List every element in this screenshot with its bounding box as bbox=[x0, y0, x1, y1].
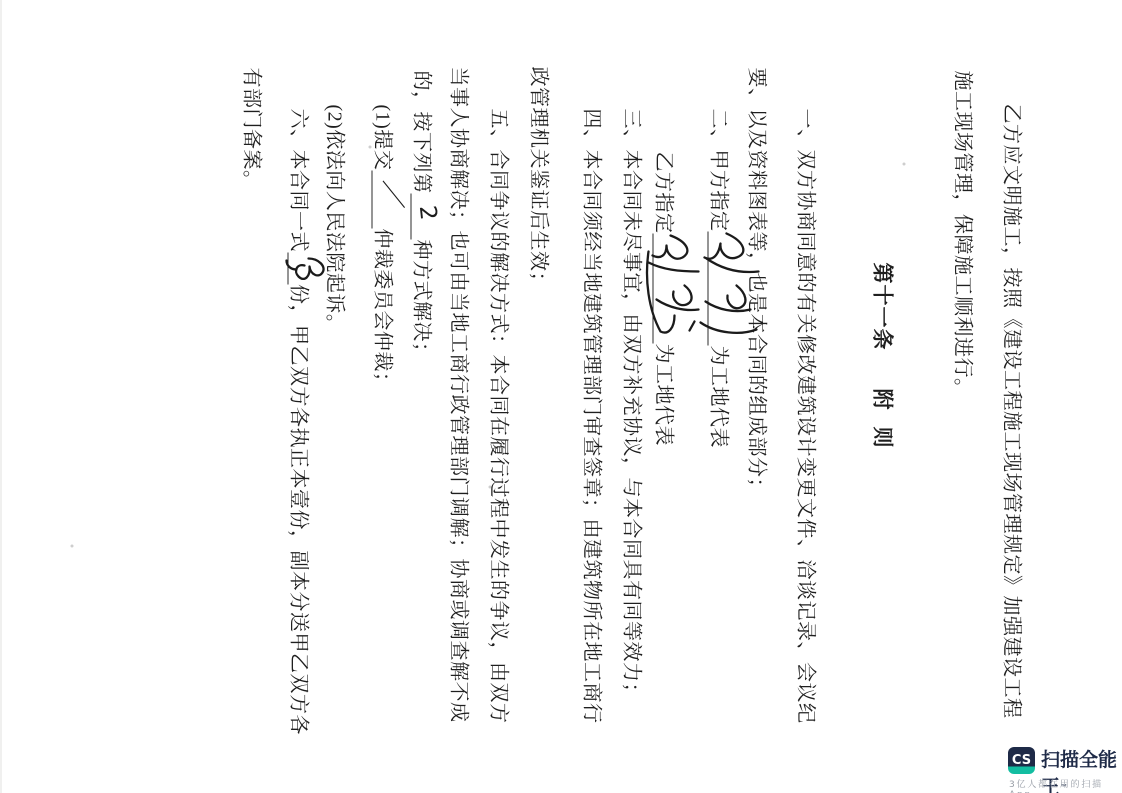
line-text: 三、本合同未尽事宜，由双方补充协议，与本合同具有同等效力； bbox=[621, 109, 643, 704]
line-text: (2)依法向人民法院起诉。 bbox=[324, 105, 346, 335]
arbitration-committee-blank: ／ bbox=[372, 170, 394, 228]
item-5-option-1: (1)提交／仲裁委员会仲裁； bbox=[370, 105, 394, 393]
line-text: 乙方指定 bbox=[653, 152, 675, 234]
camscanner-tagline: 3亿人都在用的扫描App bbox=[1009, 777, 1120, 793]
handwritten-copies-number bbox=[283, 250, 335, 288]
item-5-line-3: 的，按下列第2种方式解决； bbox=[409, 71, 433, 363]
scan-speck bbox=[489, 486, 492, 489]
line-text: (1)提交 bbox=[372, 105, 394, 171]
item-6-line-1: 六、本合同一式份，甲乙双方各执正本壹份，副本分送甲乙双方各 bbox=[286, 109, 310, 736]
scan-speck bbox=[903, 163, 906, 166]
line-text: 为工地代表 bbox=[708, 346, 730, 449]
line-text: 六、本合同一式 bbox=[288, 109, 310, 253]
item-5-line-1: 五、合同争议的解决方式：本合同在履行过程中发生的争议，由双方 bbox=[486, 109, 510, 724]
camscanner-logo-icon: CS bbox=[1008, 747, 1035, 774]
line-text: 当事人协商解决；也可由当地工商行政管理部门调解；协商或调查解不成 bbox=[448, 67, 470, 723]
heading-word-1: 附 bbox=[871, 389, 895, 411]
heading-word-2: 则 bbox=[871, 427, 895, 449]
line-text: 份，甲乙双方各执正本壹份，副本分送甲乙双方各 bbox=[288, 284, 310, 735]
item-4-line-1: 四、本合同须经当地建筑管理部门审查签章；由建筑物所在地工商行 bbox=[579, 109, 603, 724]
line-text: 仲裁委员会仲裁； bbox=[372, 228, 394, 392]
scan-speck bbox=[71, 545, 74, 548]
scanned-contract-page: 乙方应文明施工，按照《建设工程施工现场管理规定》加强建设工程 施工现场管理，保障… bbox=[0, 0, 1122, 793]
heading-clause-11: 第十一条附则 bbox=[870, 263, 894, 449]
line-text: 有部门备案。 bbox=[241, 68, 263, 191]
clause-number: 第十一条 bbox=[871, 263, 895, 351]
line-text: 一、双方协商同意的有关修改建筑设计变更文件、洽谈记录、会议纪 bbox=[795, 109, 817, 724]
camscanner-watermark: CS 扫描全能王™ 3亿人都在用的扫描App bbox=[1008, 744, 1120, 790]
item-5-line-2: 当事人协商解决；也可由当地工商行政管理部门调解；协商或调查解不成 bbox=[446, 67, 470, 723]
document-page: 乙方应文明施工，按照《建设工程施工现场管理规定》加强建设工程 施工现场管理，保障… bbox=[0, 1, 1122, 793]
handwritten-slash: ／ bbox=[379, 179, 404, 209]
camscanner-logo-letters: CS bbox=[1012, 753, 1031, 768]
line-text: 二、甲方指定 bbox=[708, 109, 730, 232]
scan-speck bbox=[369, 146, 372, 149]
item-5-option-2: (2)依法向人民法院起诉。 bbox=[322, 105, 346, 335]
line-text: 施工现场管理，保障施工顺利进行。 bbox=[952, 71, 974, 399]
line-text: 种方式解决； bbox=[411, 240, 433, 363]
resolution-method-blank: 2 bbox=[411, 194, 433, 240]
line-text: 五、合同争议的解决方式：本合同在履行过程中发生的争议，由双方 bbox=[488, 109, 510, 724]
handwritten-method-number: 2 bbox=[416, 204, 439, 221]
item-1-line-1: 一、双方协商同意的有关修改建筑设计变更文件、洽谈记录、会议纪 bbox=[793, 109, 817, 724]
line-obligation-1: 乙方应文明施工，按照《建设工程施工现场管理规定》加强建设工程 bbox=[999, 104, 1023, 719]
copies-count-blank bbox=[288, 252, 310, 284]
line-obligation-2: 施工现场管理，保障施工顺利进行。 bbox=[950, 71, 974, 399]
item-2-party-b: 乙方指定为工地代表 bbox=[651, 152, 675, 447]
item-6-line-2: 有部门备案。 bbox=[239, 68, 263, 191]
item-3-line: 三、本合同未尽事宜，由双方补充协议，与本合同具有同等效力； bbox=[619, 109, 643, 704]
line-text: 政管理机关鉴证后生效； bbox=[528, 67, 550, 293]
item-4-line-2: 政管理机关鉴证后生效； bbox=[526, 67, 550, 293]
party-b-representative-blank bbox=[653, 234, 675, 344]
line-text: 四、本合同须经当地建筑管理部门审查签章；由建筑物所在地工商行 bbox=[581, 109, 603, 724]
line-text: 乙方应文明施工，按照《建设工程施工现场管理规定》加强建设工程 bbox=[1001, 104, 1023, 719]
party-a-representative-blank bbox=[708, 232, 730, 346]
line-text: 的，按下列第 bbox=[411, 71, 433, 194]
